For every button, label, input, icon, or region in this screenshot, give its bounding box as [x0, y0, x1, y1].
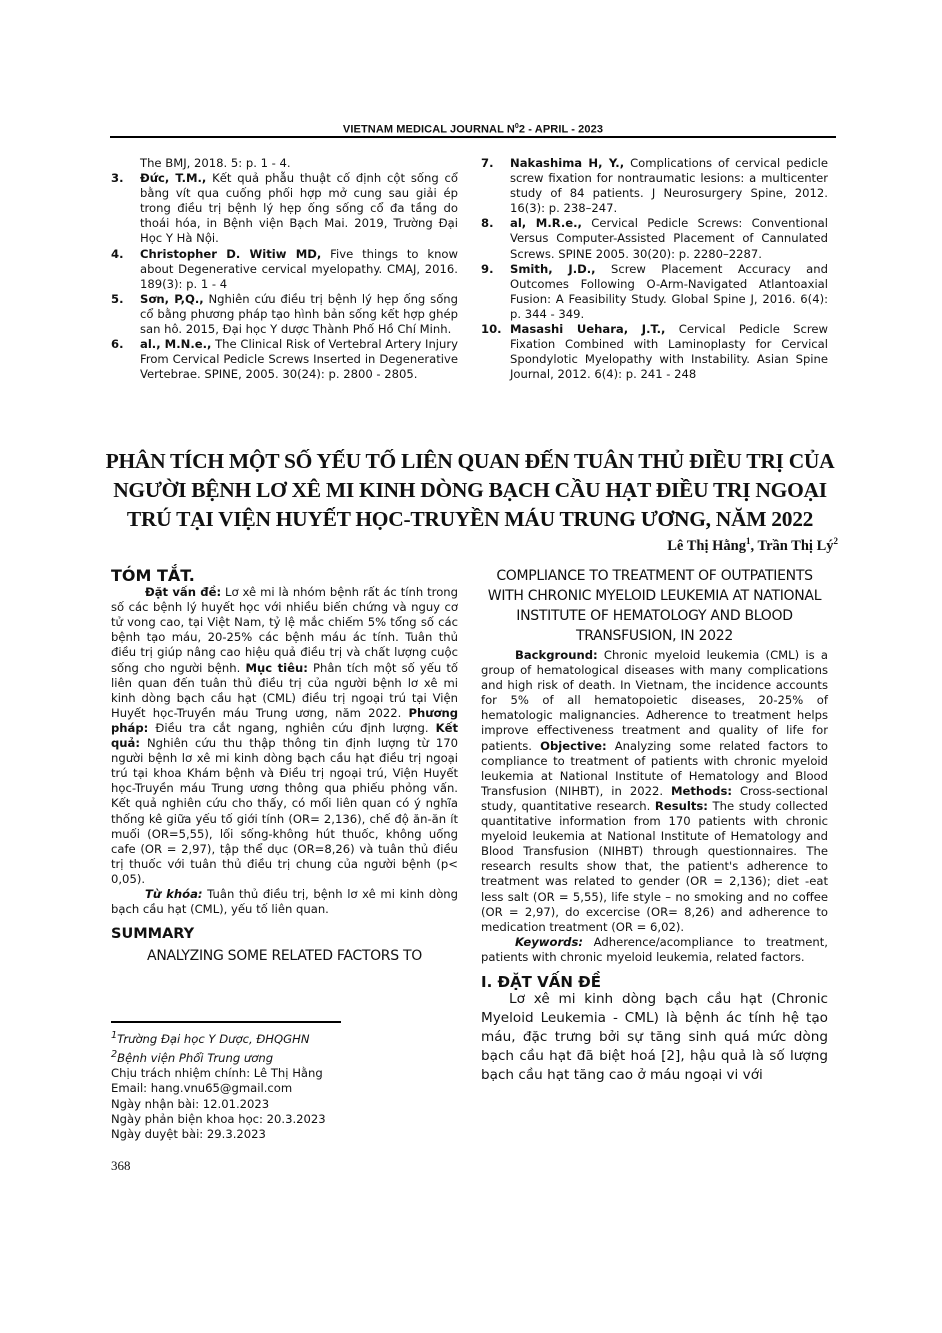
- label-results: Results:: [655, 799, 708, 813]
- reference-author: Christopher D. Witiw MD,: [140, 247, 321, 261]
- abstract-english: COMPLIANCE TO TREATMENT OF OUTPATIENTS W…: [481, 566, 828, 1085]
- affiliation-2: 2Bệnh viện Phổi Trung ương: [111, 1047, 458, 1066]
- text-background: Chronic myeloid leukemia (CML) is a grou…: [481, 648, 828, 753]
- article-authors: Lê Thị Hằng1, Trần Thị Lý2: [667, 536, 838, 555]
- label-objective: Mục tiêu:: [245, 661, 307, 675]
- reference-author: Nakashima H, Y.,: [510, 156, 624, 170]
- reference-author: Sơn, P,Q.,: [140, 292, 204, 306]
- affiliation-text: Bệnh viện Phổi Trung ương: [117, 1051, 273, 1065]
- issue-info: 2 - APRIL - 2023: [519, 124, 603, 136]
- text-results: The study collected quantitative informa…: [481, 799, 828, 934]
- reference-author: al., M.N.e.,: [140, 337, 211, 351]
- journal-header: VIETNAM MEDICAL JOURNAL N02 - APRIL - 20…: [110, 123, 836, 136]
- reference-number: 9.: [481, 262, 493, 277]
- references-right-column: 7.Nakashima H, Y., Complications of cerv…: [481, 156, 828, 382]
- affiliation-text: Trường Đại học Y Dược, ĐHQGHN: [117, 1032, 309, 1046]
- reference-item: The BMJ, 2018. 5: p. 1 - 4.: [111, 156, 458, 171]
- text-results: Nghiên cứu thu thập thông tin định lượng…: [111, 736, 458, 886]
- footnotes: 1Trường Đại học Y Dược, ĐHQGHN 2Bệnh việ…: [111, 1028, 458, 1142]
- author-name: Lê Thị Hằng: [667, 538, 746, 554]
- date-received: Ngày nhận bài: 12.01.2023: [111, 1097, 458, 1112]
- reference-author: Masashi Uehara, J.T.,: [510, 322, 665, 336]
- author-email: Email: hang.vnu65@gmail.com: [111, 1081, 458, 1096]
- reference-item: 9.Smith, J.D., Screw Placement Accuracy …: [481, 262, 828, 322]
- author-affiliation-marker: 2: [834, 536, 839, 546]
- reference-item: 6.al., M.N.e., The Clinical Risk of Vert…: [111, 337, 458, 382]
- label-methods: Methods:: [671, 784, 732, 798]
- abstract-body: Đặt vấn đề: Lơ xê mi là nhóm bệnh rất ác…: [111, 585, 458, 887]
- date-reviewed: Ngày phản biện khoa học: 20.3.2023: [111, 1112, 458, 1127]
- date-approved: Ngày duyệt bài: 29.3.2023: [111, 1127, 458, 1142]
- corresponding-author: Chịu trách nhiệm chính: Lê Thị Hằng: [111, 1066, 458, 1081]
- reference-item: 3.Đức, T.M., Kết quả phẫu thuật cố định …: [111, 171, 458, 246]
- article-title: PHÂN TÍCH MỘT SỐ YẾU TỐ LIÊN QUAN ĐẾN TU…: [100, 447, 840, 534]
- affiliation-1: 1Trường Đại học Y Dược, ĐHQGHN: [111, 1028, 458, 1047]
- summary-heading: SUMMARY: [111, 927, 458, 942]
- header-divider: [110, 136, 836, 138]
- label-keywords: Keywords:: [515, 935, 583, 949]
- keywords-vi: Từ khóa: Tuân thủ điều trị, bệnh lơ xê m…: [111, 887, 458, 917]
- label-keywords: Từ khóa:: [145, 887, 203, 901]
- summary-body: Background: Chronic myeloid leukemia (CM…: [481, 648, 828, 935]
- reference-number: 5.: [111, 292, 123, 307]
- label-background: Background:: [515, 648, 598, 662]
- reference-item: 10.Masashi Uehara, J.T., Cervical Pedicl…: [481, 322, 828, 382]
- reference-author: al, M.R.e.,: [510, 216, 582, 230]
- label-objective: Objective:: [540, 739, 606, 753]
- reference-text: The BMJ, 2018. 5: p. 1 - 4.: [140, 156, 291, 170]
- page-number: 368: [111, 1158, 131, 1174]
- reference-item: 5.Sơn, P,Q., Nghiên cứu điều trị bệnh lý…: [111, 292, 458, 337]
- text-methods: Điều tra cắt ngang, nghiên cứu định lượn…: [148, 721, 435, 735]
- author-name: Trần Thị Lý: [757, 538, 833, 554]
- label-background: Đặt vấn đề:: [145, 585, 221, 599]
- reference-number: 4.: [111, 247, 123, 262]
- reference-number: 6.: [111, 337, 123, 352]
- reference-author: Đức, T.M.,: [140, 171, 206, 185]
- reference-item: 4.Christopher D. Witiw MD, Five things t…: [111, 247, 458, 292]
- abstract-vietnamese: TÓM TẮT. Đặt vấn đề: Lơ xê mi là nhóm bệ…: [111, 568, 458, 966]
- section-heading: I. ĐẶT VẤN ĐỀ: [481, 975, 828, 990]
- references-left-column: The BMJ, 2018. 5: p. 1 - 4. 3.Đức, T.M.,…: [111, 156, 458, 382]
- section-body: Lơ xê mi kinh dòng bạch cầu hạt (Chronic…: [481, 990, 828, 1085]
- reference-number: 7.: [481, 156, 493, 171]
- reference-author: Smith, J.D.,: [510, 262, 596, 276]
- footnote-divider: [111, 1021, 341, 1023]
- reference-number: 8.: [481, 216, 493, 231]
- reference-number: 10.: [481, 322, 502, 337]
- keywords-en: Keywords: Adherence/acompliance to treat…: [481, 935, 828, 965]
- abstract-heading: TÓM TẮT.: [111, 568, 458, 583]
- summary-title-part1: ANALYZING SOME RELATED FACTORS TO: [111, 946, 458, 966]
- summary-title-part2: COMPLIANCE TO TREATMENT OF OUTPATIENTS W…: [481, 566, 828, 646]
- reference-item: 8.al, M.R.e., Cervical Pedicle Screws: C…: [481, 216, 828, 261]
- reference-item: 7.Nakashima H, Y., Complications of cerv…: [481, 156, 828, 216]
- journal-name: VIETNAM MEDICAL JOURNAL N: [343, 124, 515, 136]
- reference-number: 3.: [111, 171, 123, 186]
